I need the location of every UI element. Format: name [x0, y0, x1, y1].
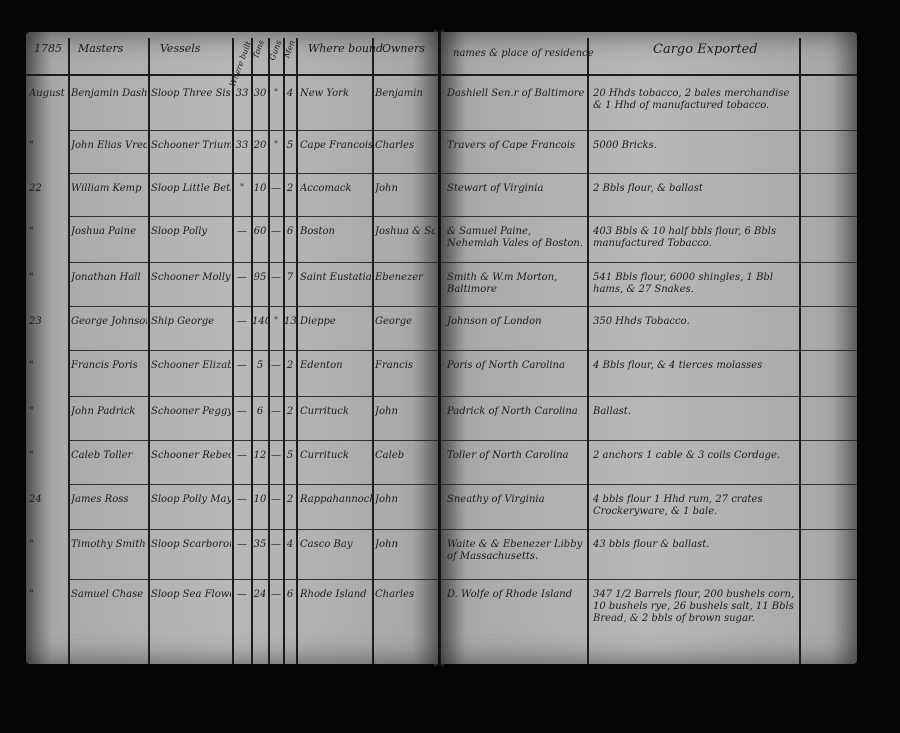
cell-master: John Padrick — [71, 406, 147, 418]
cell-vessel: Schooner Rebecca — [151, 450, 231, 462]
cell-owner-first: Charles — [375, 589, 435, 601]
cell-vessel: Schooner Peggy — [151, 406, 231, 418]
row-rule — [441, 440, 857, 441]
row-rule — [441, 130, 857, 131]
cell-tons: 30 — [252, 88, 268, 100]
cell-date: " — [29, 140, 67, 152]
cell-bound: Cape Francois — [300, 140, 372, 152]
cell-men: 2 — [284, 406, 296, 418]
cell-vessel: Ship George — [151, 316, 231, 328]
cell-date: " — [29, 406, 67, 418]
cell-men: 6 — [284, 226, 296, 238]
cell-date: 24 — [29, 494, 67, 506]
cell-owner-full: Sneathy of Virginia — [447, 494, 585, 506]
cell-date: 23 — [29, 316, 67, 328]
cell-guns: — — [269, 272, 283, 284]
cell-owner-first: John — [375, 183, 435, 195]
cell-built: — — [233, 450, 251, 462]
header-vessels: Vessels — [160, 42, 200, 55]
header-rule — [26, 74, 438, 76]
cell-men: 5 — [284, 140, 296, 152]
cell-date: " — [29, 360, 67, 372]
cell-built: — — [233, 272, 251, 284]
cell-cargo: 350 Hhds Tobacco. — [593, 316, 797, 328]
cell-built: — — [233, 494, 251, 506]
cell-bound: Currituck — [300, 450, 372, 462]
cell-owner-first: Ebenezer — [375, 272, 435, 284]
row-rule — [441, 262, 857, 263]
cell-master: John Elias Vredler — [71, 140, 147, 152]
cell-built: — — [233, 589, 251, 601]
cell-men: 4 — [284, 539, 296, 551]
cell-guns: — — [269, 589, 283, 601]
header-rule-right — [441, 74, 857, 76]
row-rule — [68, 262, 438, 263]
cell-tons: 12 — [252, 450, 268, 462]
cell-date: August 20 — [29, 88, 67, 100]
cell-owner-first: John — [375, 539, 435, 551]
cell-vessel: Schooner Triumph — [151, 140, 231, 152]
cell-tons: 5 — [252, 360, 268, 372]
cell-cargo: 2 Bbls flour, & ballast — [593, 183, 797, 195]
cell-built: " — [233, 183, 251, 195]
cell-vessel: Sloop Polly May — [151, 494, 231, 506]
cell-men: 2 — [284, 494, 296, 506]
cell-bound: Boston — [300, 226, 372, 238]
cell-vessel: Sloop Polly — [151, 226, 231, 238]
cell-bound: New York — [300, 88, 372, 100]
cell-owner-full: Dashiell Sen.r of Baltimore — [447, 88, 585, 100]
header-where-bound: Where bound — [308, 42, 383, 55]
cell-men: 5 — [284, 450, 296, 462]
left-page: 1785 Masters Vessels Where built Tons Gu… — [26, 32, 438, 664]
cell-master: Benjamin Dashiell — [71, 88, 147, 100]
cell-guns: — — [269, 450, 283, 462]
row-rule — [441, 396, 857, 397]
row-rule — [441, 484, 857, 485]
cell-guns: " — [269, 88, 283, 100]
cell-tons: 35 — [252, 539, 268, 551]
cell-men: 6 — [284, 589, 296, 601]
cell-date: " — [29, 450, 67, 462]
cell-guns: — — [269, 183, 283, 195]
cell-cargo: 20 Hhds tobacco, 2 bales merchandise & 1… — [593, 88, 797, 112]
cell-cargo: 403 Bbls & 10 half bbls flour, 6 Bbls ma… — [593, 226, 797, 250]
cell-guns: — — [269, 360, 283, 372]
cell-owner-first: John — [375, 406, 435, 418]
cell-built: — — [233, 360, 251, 372]
cell-tons: 10 — [252, 183, 268, 195]
cell-guns: " — [269, 140, 283, 152]
cell-tons: 140 — [252, 316, 268, 328]
cell-men: 2 — [284, 183, 296, 195]
cell-master: James Ross — [71, 494, 147, 506]
cell-master: Jonathan Hall — [71, 272, 147, 284]
row-rule — [441, 216, 857, 217]
cell-cargo: 4 Bbls flour, & 4 tierces molasses — [593, 360, 797, 372]
cell-built: — — [233, 316, 251, 328]
cell-built: — — [233, 406, 251, 418]
cell-date: 22 — [29, 183, 67, 195]
cell-bound: Edenton — [300, 360, 372, 372]
cell-men: 4 — [284, 88, 296, 100]
cell-cargo: 541 Bbls flour, 6000 shingles, 1 Bbl ham… — [593, 272, 797, 296]
cell-men: 2 — [284, 360, 296, 372]
cell-date: " — [29, 589, 67, 601]
cell-vessel: Schooner Elizabeth — [151, 360, 231, 372]
cell-owner-first: Francis — [375, 360, 435, 372]
header-tons: Tons — [251, 39, 266, 60]
cell-cargo: 2 anchors 1 cable & 3 coils Cordage. — [593, 450, 797, 462]
cell-master: Joshua Paine — [71, 226, 147, 238]
cell-tons: 6 — [252, 406, 268, 418]
cell-master: William Kemp — [71, 183, 147, 195]
row-rule — [68, 396, 438, 397]
cell-bound: Saint Eustatia — [300, 272, 372, 284]
cell-tons: 10 — [252, 494, 268, 506]
cell-owner-full: Stewart of Virginia — [447, 183, 585, 195]
cell-date: " — [29, 272, 67, 284]
cell-owner-first: John — [375, 494, 435, 506]
row-rule — [441, 579, 857, 580]
cell-bound: Currituck — [300, 406, 372, 418]
cell-cargo: Ballast. — [593, 406, 797, 418]
cell-men: 13 — [284, 316, 296, 328]
row-rule — [68, 484, 438, 485]
cell-guns: — — [269, 539, 283, 551]
cell-master: George Johnson — [71, 316, 147, 328]
row-rule — [68, 130, 438, 131]
row-rule — [68, 173, 438, 174]
cell-bound: Rhode Island — [300, 589, 372, 601]
cell-tons: 24 — [252, 589, 268, 601]
cell-owner-full: Waite & & Ebenezer Libby of Massachusett… — [447, 539, 585, 563]
cell-owner-full: & Samuel Paine, Nehemiah Vales of Boston… — [447, 226, 585, 250]
cell-master: Caleb Toller — [71, 450, 147, 462]
cell-guns: — — [269, 226, 283, 238]
cell-men: 7 — [284, 272, 296, 284]
cell-vessel: Sloop Sea Flower — [151, 589, 231, 601]
row-rule — [441, 306, 857, 307]
header-masters: Masters — [78, 42, 123, 55]
cell-tons: 20 — [252, 140, 268, 152]
cell-owner-full: Toller of North Carolina — [447, 450, 585, 462]
cell-built: — — [233, 226, 251, 238]
right-page: names & place of residence Cargo Exporte… — [441, 32, 857, 664]
cell-built: 33 — [233, 140, 251, 152]
cell-guns: — — [269, 494, 283, 506]
cell-master: Timothy Smith — [71, 539, 147, 551]
cell-master: Samuel Chase — [71, 589, 147, 601]
cell-tons: 95 — [252, 272, 268, 284]
cell-guns: — — [269, 406, 283, 418]
cell-vessel: Sloop Three Sisters — [151, 88, 231, 100]
row-rule — [68, 350, 438, 351]
row-rule — [68, 579, 438, 580]
cell-guns: " — [269, 316, 283, 328]
row-rule — [68, 440, 438, 441]
header-owner-residence: names & place of residence — [453, 48, 594, 59]
header-cargo: Cargo Exported — [653, 42, 758, 57]
row-rule — [68, 216, 438, 217]
row-rule — [441, 173, 857, 174]
cell-cargo: 5000 Bricks. — [593, 140, 797, 152]
cell-built: — — [233, 539, 251, 551]
cell-owner-first: Joshua & Sam — [375, 226, 435, 238]
cell-owner-first: Charles — [375, 140, 435, 152]
cell-owner-full: Travers of Cape Francois — [447, 140, 585, 152]
cell-tons: 60 — [252, 226, 268, 238]
row-rule — [68, 306, 438, 307]
cell-built: 33 — [233, 88, 251, 100]
cell-owner-first: Benjamin — [375, 88, 435, 100]
cell-owner-first: George — [375, 316, 435, 328]
cell-bound: Dieppe — [300, 316, 372, 328]
cell-master: Francis Poris — [71, 360, 147, 372]
cell-vessel: Sloop Scarborough — [151, 539, 231, 551]
cell-owner-full: Poris of North Carolina — [447, 360, 585, 372]
row-rule — [68, 529, 438, 530]
cell-bound: Rappahannock — [300, 494, 372, 506]
row-rule — [441, 350, 857, 351]
cell-date: " — [29, 226, 67, 238]
cell-cargo: 43 bbls flour & ballast. — [593, 539, 797, 551]
cell-vessel: Sloop Little Betsey — [151, 183, 231, 195]
cell-owner-full: D. Wolfe of Rhode Island — [447, 589, 585, 601]
cell-bound: Accomack — [300, 183, 372, 195]
cell-owner-full: Padrick of North Carolina — [447, 406, 585, 418]
cell-owner-full: Johnson of London — [447, 316, 585, 328]
header-guns: Guns — [268, 39, 284, 62]
cell-bound: Casco Bay — [300, 539, 372, 551]
cell-vessel: Schooner Molly — [151, 272, 231, 284]
header-date: 1785 — [34, 42, 62, 55]
cell-owner-full: Smith & W.m Morton, Baltimore — [447, 272, 585, 296]
row-rule — [441, 529, 857, 530]
cell-date: " — [29, 539, 67, 551]
cell-owner-first: Caleb — [375, 450, 435, 462]
header-owners: Owners — [382, 42, 425, 55]
cell-cargo: 4 bbls flour 1 Hhd rum, 27 crates Crocke… — [593, 494, 797, 518]
cell-cargo: 347 1/2 Barrels flour, 200 bushels corn,… — [593, 589, 797, 625]
